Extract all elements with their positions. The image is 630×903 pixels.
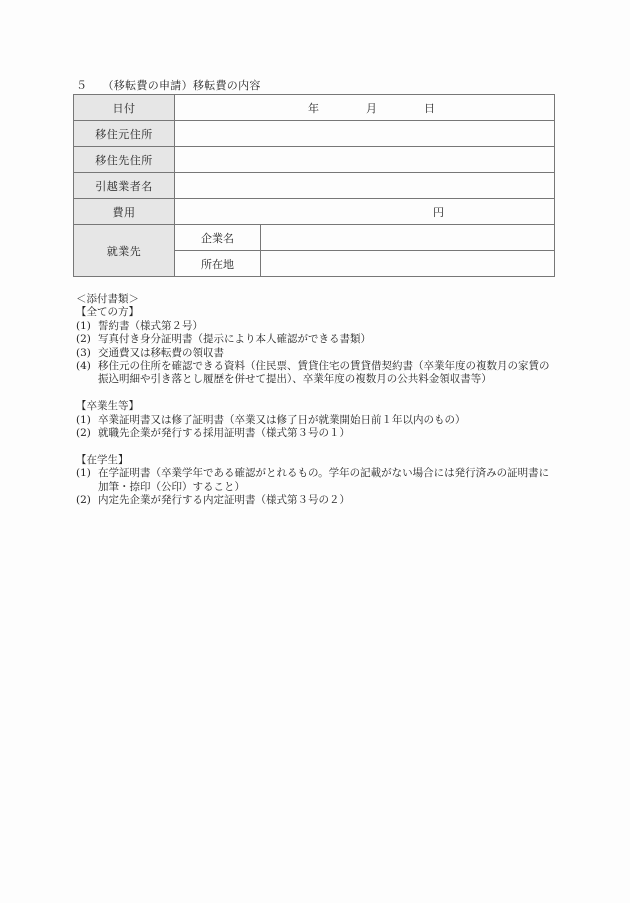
item-text: 誓約書（様式第２号） (98, 320, 556, 333)
label-company-name: 企業名 (175, 225, 261, 251)
group-title-all: 【全ての方】 (76, 306, 556, 319)
cost-field[interactable]: 円 (175, 199, 555, 225)
relocation-expense-table: 日付 年 月 日 移住元住所 移住先住所 引越業者名 費用 円 就業先 企業名 … (73, 94, 555, 277)
item-number: (1) (76, 467, 98, 494)
list-item: (3) 交通費又は移転費の領収書 (76, 347, 556, 360)
label-employer: 就業先 (74, 225, 175, 277)
item-text: 在学証明書（卒業学年である確認がとれるもの。学年の記載がない場合には発行済みの証… (98, 467, 556, 494)
item-text: 移住元の住所を確認できる資料（住民票、賃貸住宅の賃貸借契約書（卒業年度の複数月の… (98, 360, 556, 387)
row-mover-name: 引越業者名 (74, 173, 555, 199)
list-item: (2) 写真付き身分証明書（提示により本人確認ができる書類） (76, 333, 556, 346)
attachments-heading: ＜添付書類＞ (76, 293, 556, 306)
item-text: 就職先企業が発行する採用証明書（様式第３号の１） (98, 427, 556, 440)
section-title: ５ （移転費の申請）移転費の内容 (76, 79, 261, 93)
list-item: (2) 内定先企業が発行する内定証明書（様式第３号の２） (76, 494, 556, 507)
item-text: 卒業証明書又は修了証明書（卒業又は修了日が就業開始日前１年以内のもの） (98, 414, 556, 427)
label-destination-address: 移住先住所 (74, 147, 175, 173)
label-mover-name: 引越業者名 (74, 173, 175, 199)
item-text: 内定先企業が発行する内定証明書（様式第３号の２） (98, 494, 556, 507)
group-title-graduates: 【卒業生等】 (76, 400, 556, 413)
list-item: (4) 移住元の住所を確認できる資料（住民票、賃貸住宅の賃貸借契約書（卒業年度の… (76, 360, 556, 387)
item-number: (3) (76, 347, 98, 360)
section-heading: （移転費の申請）移転費の内容 (103, 79, 261, 92)
year-unit: 年 (308, 100, 319, 116)
yen-unit: 円 (433, 204, 444, 220)
label-date: 日付 (74, 95, 175, 121)
origin-address-field[interactable] (175, 121, 555, 147)
list-item: (1) 卒業証明書又は修了証明書（卒業又は修了日が就業開始日前１年以内のもの） (76, 414, 556, 427)
list-item: (2) 就職先企業が発行する採用証明書（様式第３号の１） (76, 427, 556, 440)
attachments-section: ＜添付書類＞ 【全ての方】 (1) 誓約書（様式第２号） (2) 写真付き身分証… (76, 293, 556, 507)
destination-address-field[interactable] (175, 147, 555, 173)
list-item: (1) 在学証明書（卒業学年である確認がとれるもの。学年の記載がない場合には発行… (76, 467, 556, 494)
row-employer-name: 就業先 企業名 (74, 225, 555, 251)
label-cost: 費用 (74, 199, 175, 225)
item-number: (1) (76, 414, 98, 427)
date-field[interactable]: 年 月 日 (175, 95, 555, 121)
list-item: (1) 誓約書（様式第２号） (76, 320, 556, 333)
company-location-field[interactable] (261, 251, 555, 277)
mover-name-field[interactable] (175, 173, 555, 199)
group-title-students: 【在学生】 (76, 454, 556, 467)
row-cost: 費用 円 (74, 199, 555, 225)
spacer (76, 440, 556, 453)
item-number: (2) (76, 494, 98, 507)
item-number: (4) (76, 360, 98, 387)
month-unit: 月 (366, 100, 377, 116)
item-text: 写真付き身分証明書（提示により本人確認ができる書類） (98, 333, 556, 346)
row-date: 日付 年 月 日 (74, 95, 555, 121)
row-destination-address: 移住先住所 (74, 147, 555, 173)
item-number: (2) (76, 333, 98, 346)
item-number: (1) (76, 320, 98, 333)
label-company-location: 所在地 (175, 251, 261, 277)
row-origin-address: 移住元住所 (74, 121, 555, 147)
item-text: 交通費又は移転費の領収書 (98, 347, 556, 360)
label-origin-address: 移住元住所 (74, 121, 175, 147)
company-name-field[interactable] (261, 225, 555, 251)
section-number: ５ (76, 79, 87, 92)
day-unit: 日 (424, 100, 435, 116)
item-number: (2) (76, 427, 98, 440)
spacer (76, 387, 556, 400)
